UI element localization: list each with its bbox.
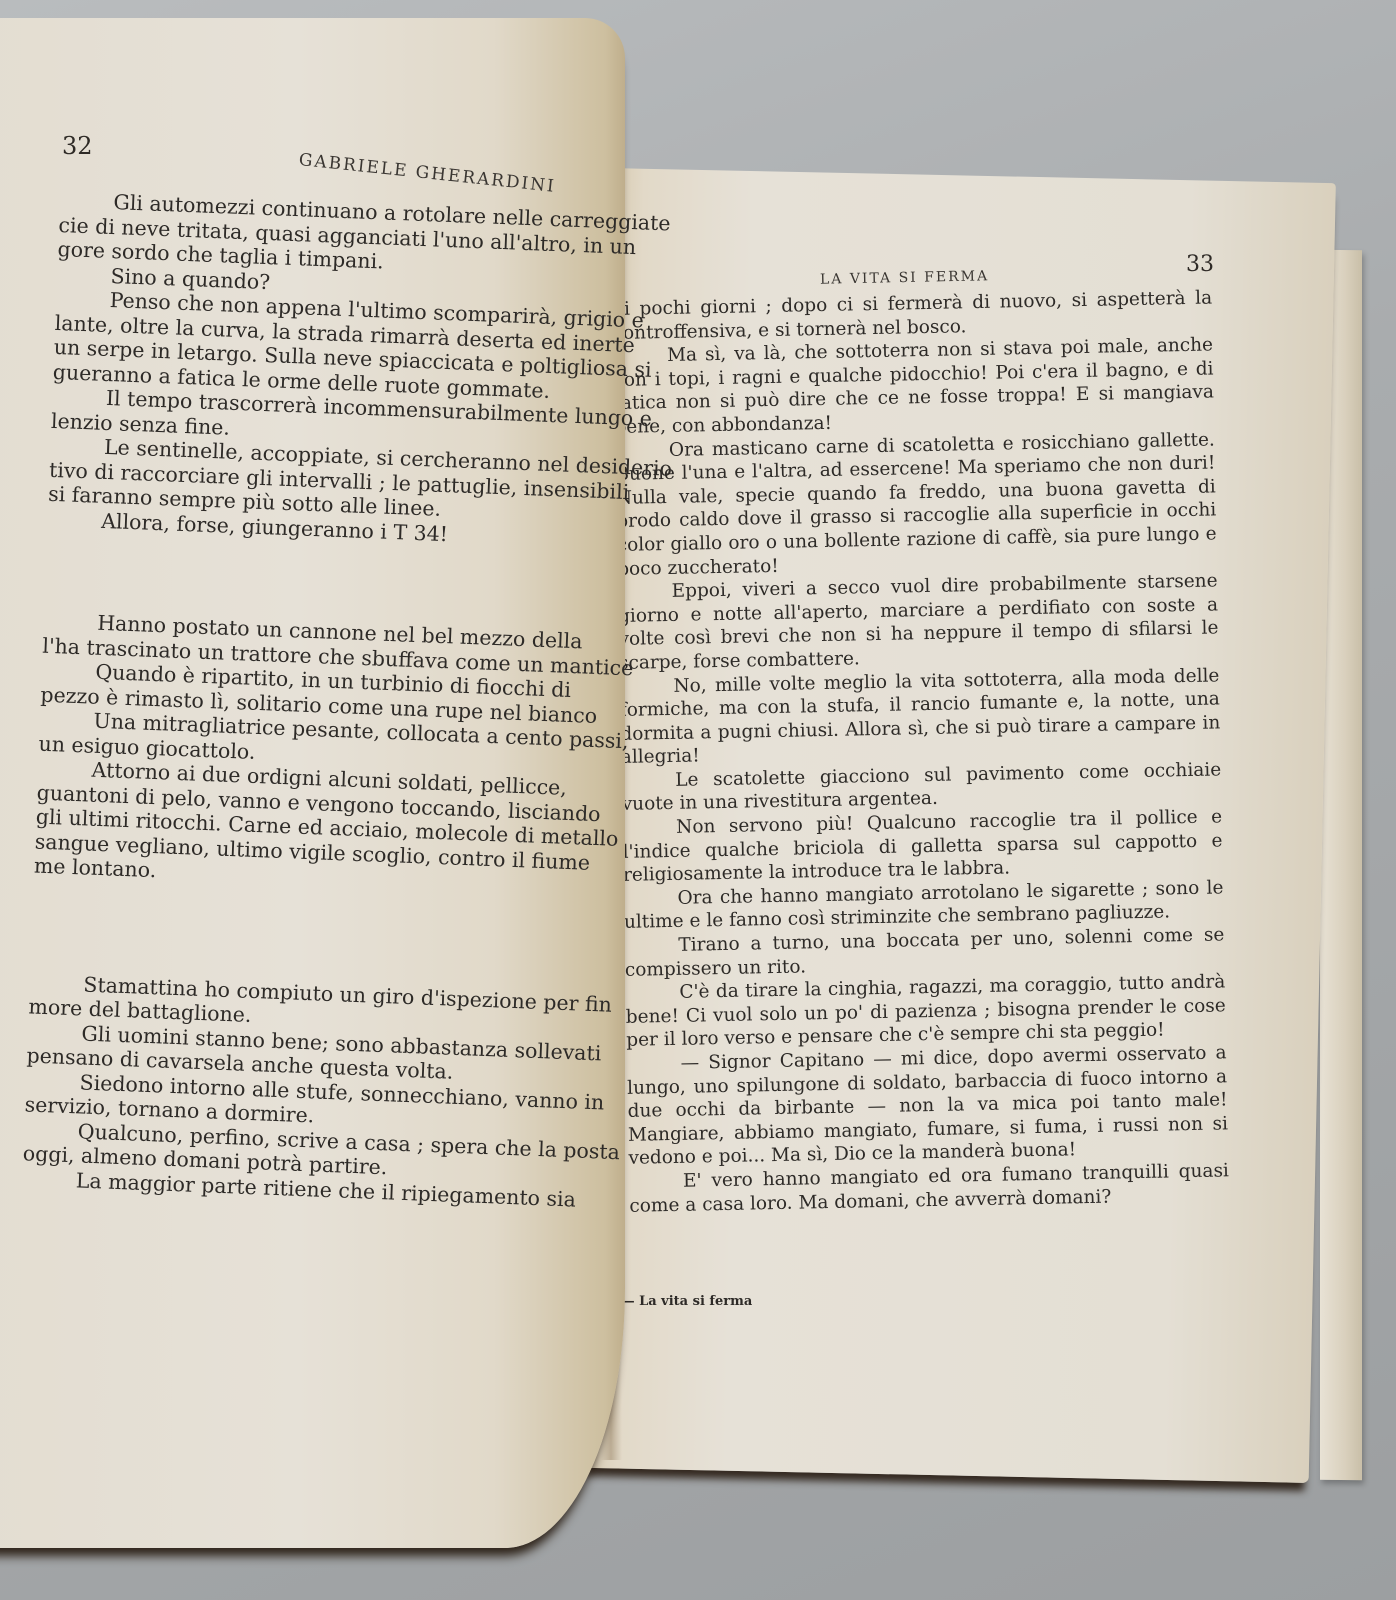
paragraph: Ora masticano carne di scatoletta e rosi…: [615, 428, 1218, 581]
paragraph: C'è da tirare la cinghia, ragazzi, ma co…: [625, 971, 1226, 1053]
paragraph: Non servono più! Qualcuno raccoglie tra …: [622, 805, 1223, 887]
paragraph: Ma sì, va là, che sottoterra non si stav…: [613, 334, 1215, 440]
signature-footer: 3 — La vita si ferma: [608, 1294, 752, 1309]
right-page-number: 33: [1186, 252, 1214, 277]
right-page-text: di pochi giorni ; dopo ci si fermerà di …: [612, 286, 1230, 1218]
left-page-text: Gli automezzi continuano a rotolare nell…: [21, 188, 659, 1213]
left-page-number: 32: [62, 132, 93, 160]
paragraph: No, mille volte meglio la vita sottoterr…: [619, 664, 1221, 770]
photo-scene: 33 LA VITA SI FERMA di pochi giorni ; do…: [0, 0, 1396, 1600]
paragraph: — Signor Capitano — mi dice, dopo avermi…: [626, 1041, 1228, 1170]
paragraph: Eppoi, viveri a secco vuol dire probabil…: [617, 570, 1219, 676]
